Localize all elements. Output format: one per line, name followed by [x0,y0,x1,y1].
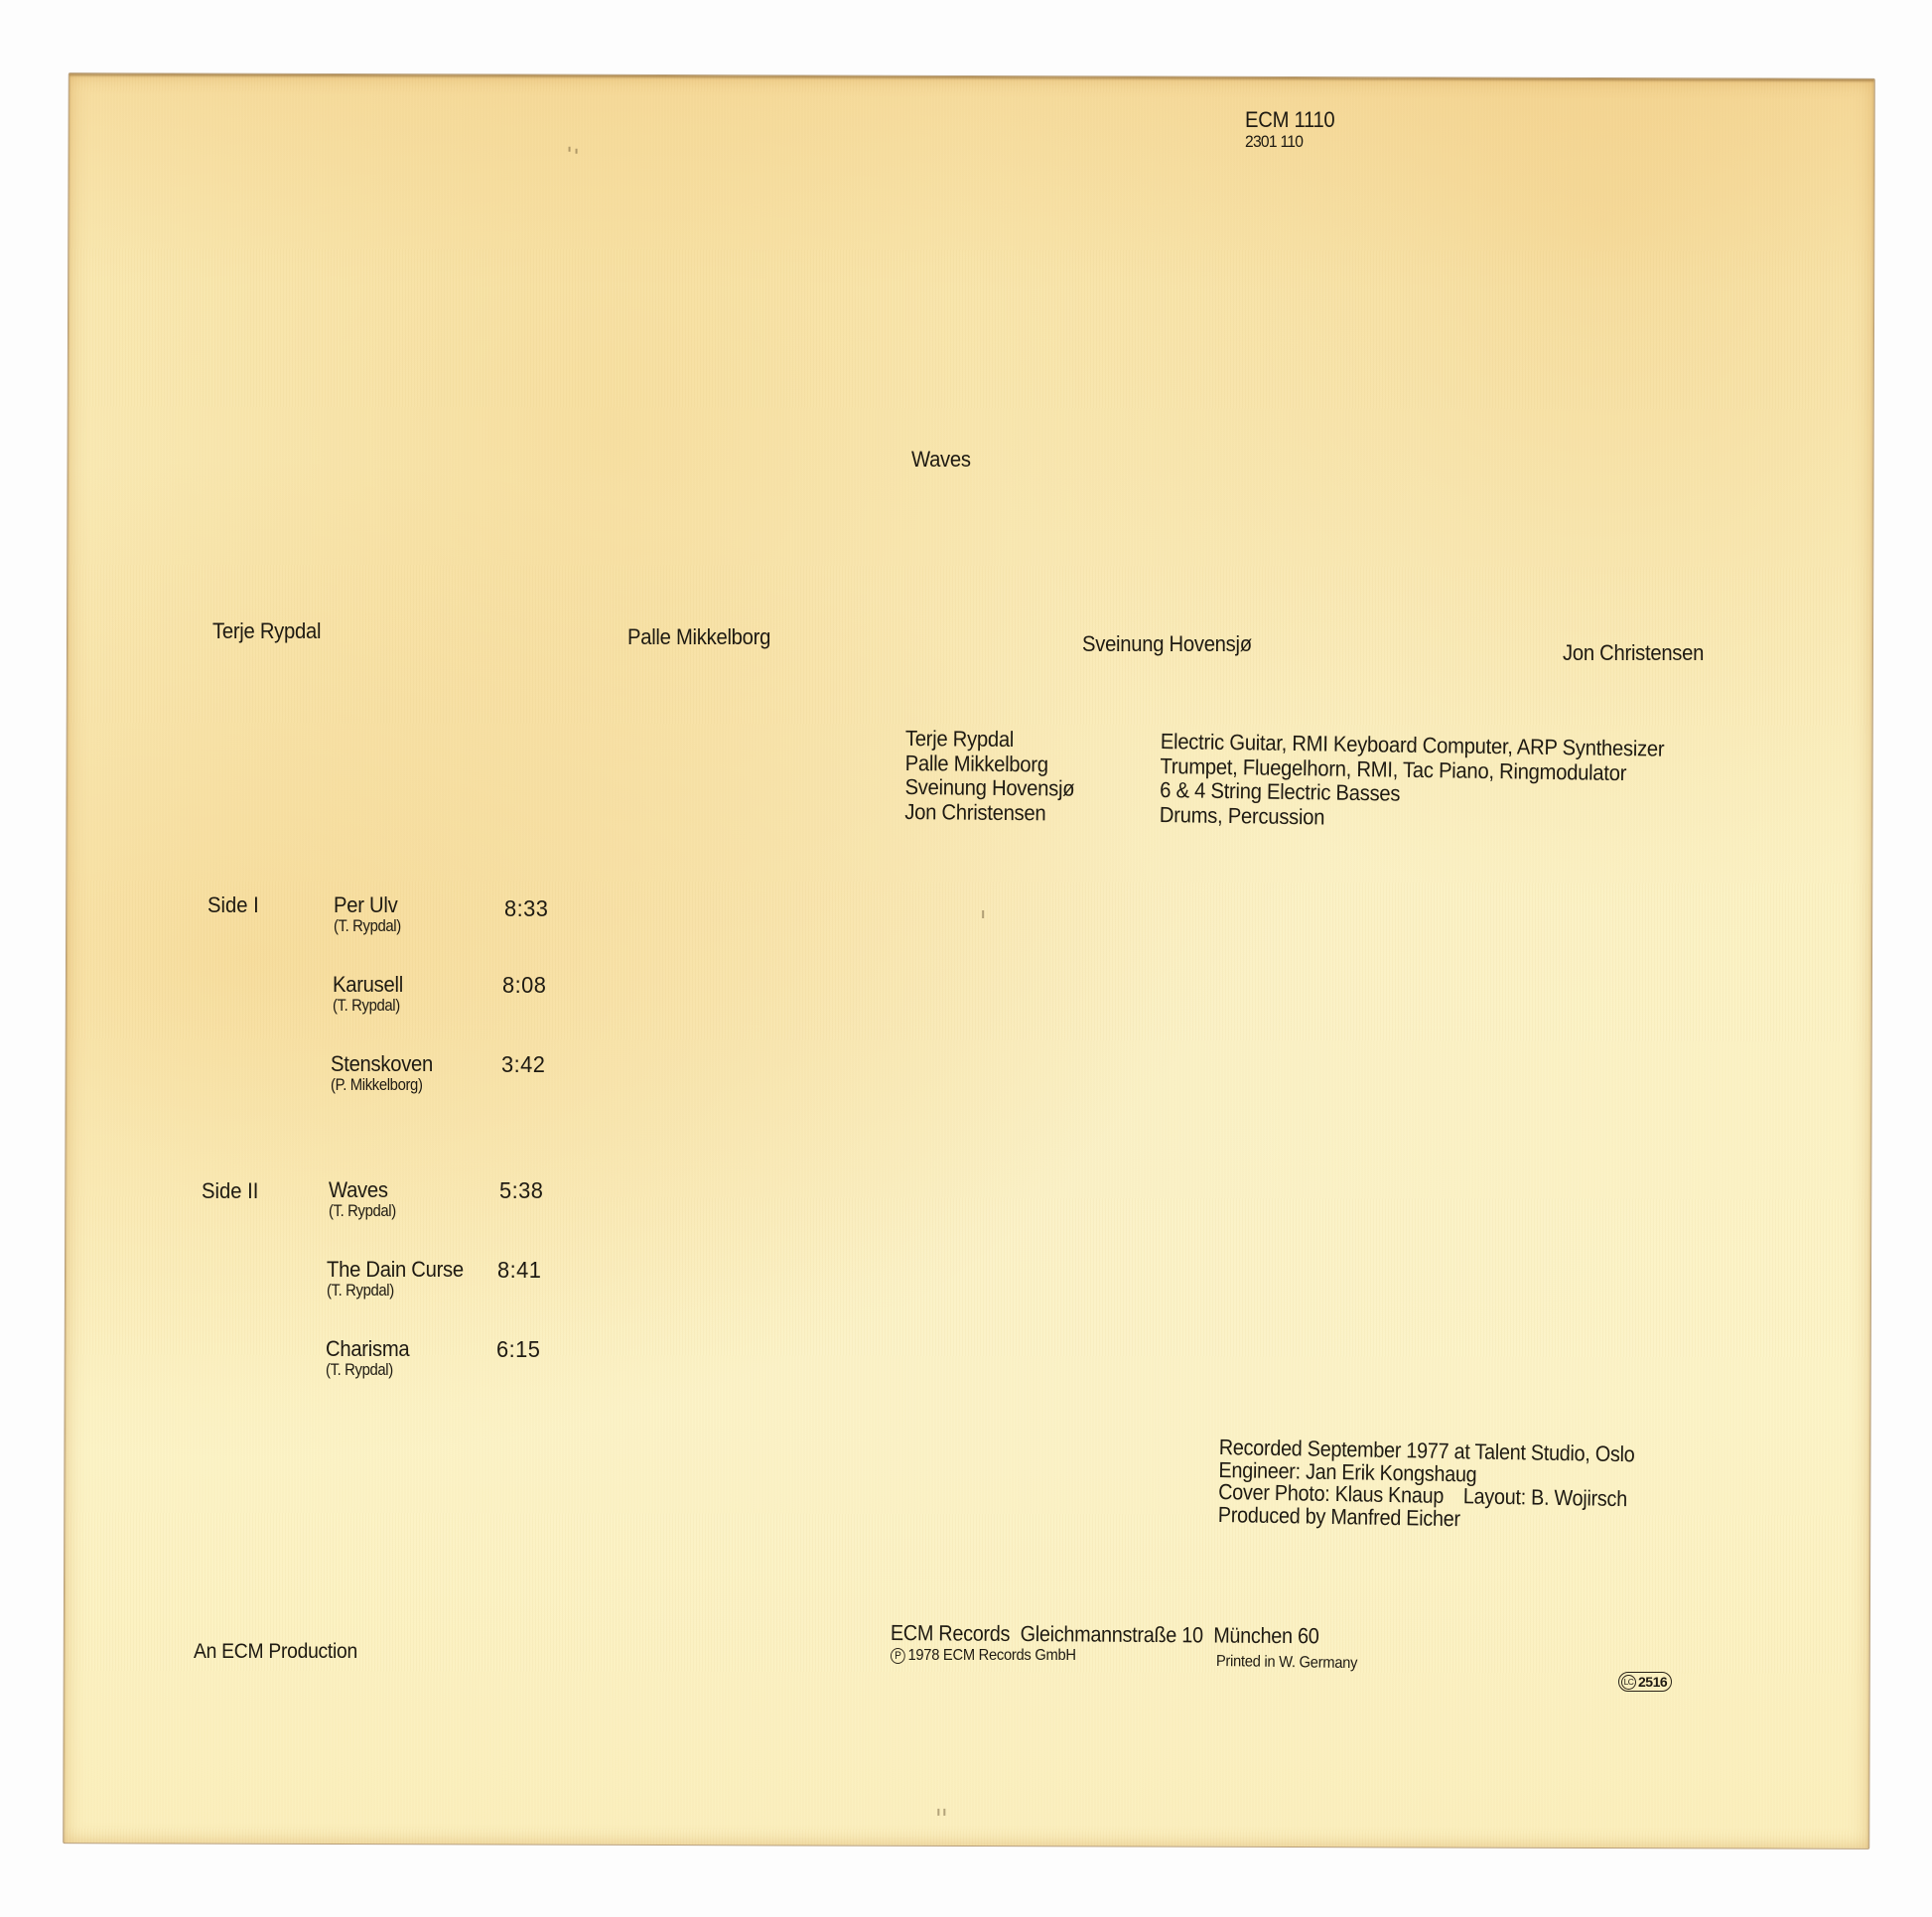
copyright-line: P1978 ECM Records GmbH [891,1647,1076,1665]
track-list-item: Per Ulv (T. Rypdal) 8:33 [334,893,408,936]
paper-speck [576,149,578,154]
personnel-names: Terje Rypdal Palle Mikkelborg Sveinung H… [904,727,1075,826]
copyright-text: 1978 ECM Records GmbH [907,1647,1075,1664]
track-title: Karusell [333,973,403,997]
track-composer: (T. Rypdal) [327,1282,461,1301]
track-composer: (P. Mikkelborg) [331,1076,431,1095]
production-credit: An ECM Production [194,1640,357,1664]
phonogram-icon: P [891,1648,905,1664]
track-title: Per Ulv [334,893,402,917]
track-duration: 6:15 [496,1337,540,1361]
track-list-item: The Dain Curse (T. Rypdal) 8:41 [327,1258,476,1301]
musician-name-2: Palle Mikkelborg [627,624,770,649]
track-duration: 5:38 [499,1178,543,1202]
paper-speck [982,910,984,918]
label-code: 2516 [1638,1674,1667,1690]
personnel-instruments: Electric Guitar, RMI Keyboard Computer, … [1160,730,1665,835]
personnel-name: Terje Rypdal [905,727,1075,753]
label-code-badge: LC 2516 [1618,1672,1672,1692]
track-composer: (T. Rypdal) [334,917,401,936]
track-duration: 3:42 [501,1052,545,1076]
paper-speck [943,1809,945,1816]
track-list-item: Karusell (T. Rypdal) 8:08 [333,973,409,1016]
lc-icon: LC [1621,1675,1636,1690]
personnel-name: Palle Mikkelborg [905,751,1075,776]
recording-info: Recorded September 1977 at Talent Studio… [1218,1437,1635,1533]
musician-name-3: Sveinung Hovensjø [1082,631,1252,656]
track-title: Charisma [326,1337,409,1361]
track-list-item: Stenskoven (P. Mikkelborg) 3:42 [331,1052,442,1095]
track-list-item: Charisma (T. Rypdal) 6:15 [326,1337,417,1380]
printed-in: Printed in W. Germany [1216,1653,1358,1673]
track-list-item: Waves (T. Rypdal) 5:38 [329,1178,403,1221]
side-1-label: Side I [207,892,259,918]
track-composer: (T. Rypdal) [329,1202,396,1221]
musician-name-4: Jon Christensen [1563,640,1704,665]
label-address: ECM Records Gleichmannstraße 10 München … [891,1620,1319,1648]
track-title: Stenskoven [331,1052,433,1076]
catalog-secondary-number: 2301 110 [1245,132,1303,151]
personnel-name: Jon Christensen [904,799,1074,825]
paper-speck [569,147,571,152]
personnel-name: Sveinung Hovensjø [904,775,1074,801]
track-title: Waves [329,1178,397,1202]
track-composer: (T. Rypdal) [333,997,401,1016]
side-2-label: Side II [202,1178,258,1204]
paper-speck [937,1809,939,1816]
track-title: The Dain Curse [327,1258,464,1282]
album-title: Waves [911,447,971,472]
musician-name-1: Terje Rypdal [212,618,321,643]
track-duration: 8:08 [502,973,546,997]
track-duration: 8:41 [497,1258,541,1282]
track-composer: (T. Rypdal) [326,1361,408,1380]
layout-credit: Layout: B. Wojirsch [1463,1483,1627,1511]
catalog-number: ECM 1110 [1245,107,1334,132]
record-sleeve-back [63,72,1875,1849]
track-duration: 8:33 [504,896,548,920]
